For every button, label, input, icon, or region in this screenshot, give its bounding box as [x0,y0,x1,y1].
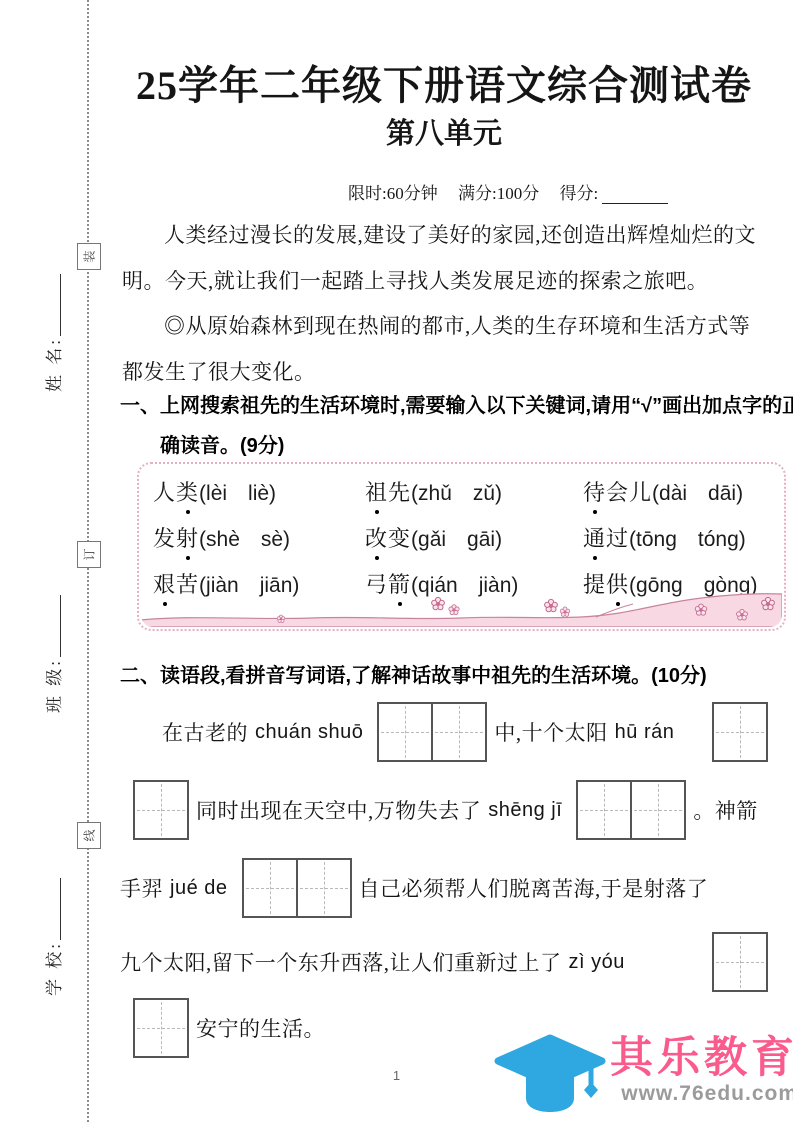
passage-text: 。神箭 [693,795,758,825]
pinyin-hint: hū rán [615,721,675,744]
word-dotted-char: 祖 [365,476,388,507]
unit-subtitle: 第八单元 [110,111,778,152]
pinyin-item-fashe: 发射 (shè sè) [153,522,365,559]
writing-grid-2cell[interactable] [377,702,487,762]
flower-meadow-decoration [141,591,782,627]
grid-cell[interactable] [379,704,431,760]
question2-heading: 二、读语段,看拼音写词语,了解神话故事中祖先的生活环境。(10分) [120,656,778,696]
passage-line-4: 九个太阳,留下一个东升西落,让人们重新过上了 zì yóu [120,932,770,992]
grid-cell[interactable] [296,860,350,916]
word-post: 变 [388,526,411,551]
writing-grid-1cell[interactable] [712,702,768,762]
word: 人类 [153,476,199,507]
class-blank-line[interactable] [43,595,61,657]
passage-text: 中,十个太阳 [494,717,607,747]
passage-text: 九个太阳,留下一个东升西落,让人们重新过上了 [120,947,562,977]
pinyin-item-daihuir: 待会儿 (dài dāi) [583,476,776,513]
word: 改变 [365,522,411,553]
word-post: 过 [606,526,629,551]
question1-heading: 一、上网搜索祖先的生活环境时,需要输入以下关键词,请用“√”画出加点字的正确读音… [120,386,793,466]
passage-text: 在古老的 [162,717,248,747]
student-school-field: 学 校: [39,804,65,996]
pinyin-options[interactable]: (gǎi gāi) [411,523,502,553]
school-blank-line[interactable] [43,878,61,940]
passage-text: 安宁的生活。 [196,1013,325,1043]
fold-mark-ding: 订 [77,541,101,568]
pinyin-options[interactable]: (lèi liè) [199,477,276,507]
test-paper-page: 装 订 线 姓 名: 班 级: 学 校: 25学年二年级下册语文综合测试卷 第八… [0,0,793,1122]
full-score: 满分:100分 [458,184,539,203]
word-post: 先 [388,480,411,505]
exam-meta-line: 限时:60分钟 满分:100分 得分: [348,179,668,204]
grid-cell[interactable] [578,782,630,838]
pinyin-item-zuxian: 祖先 (zhǔ zǔ) [365,476,583,513]
pinyin-options[interactable]: (dài dāi) [652,477,743,507]
pinyin-item-renlei: 人类 (lèi liè) [153,476,365,513]
passage-text: 手羿 [120,873,163,903]
fold-mark-label: 订 [80,548,97,560]
grid-cell[interactable] [714,934,766,990]
writing-grid-1cell[interactable] [133,998,189,1058]
brand-name: 其乐教育 [610,1034,793,1082]
writing-grid-1cell[interactable] [133,780,189,840]
page-title: 25学年二年级下册语文综合测试卷 [110,54,778,111]
intro-paragraph-1: 人类经过漫长的发展,建设了美好的家园,还创造出辉煌灿烂的文明。今天,就让我们一起… [122,212,770,304]
time-limit: 限时:60分钟 [348,184,438,203]
grid-cell[interactable] [630,782,684,838]
word-dotted-char: 射 [176,522,199,553]
passage-line-2: 同时出现在天空中,万物失去了 shēng jī 。神箭 [120,780,770,840]
word-dotted-char: 类 [176,476,199,507]
word-pre: 发 [153,526,176,551]
fold-mark-label: 线 [80,829,97,841]
pinyin-options-grid: 人类 (lèi liè) 祖先 (zhǔ zǔ) 待会儿 (dài dāi) 发… [153,476,776,605]
name-label: 姓 名: [40,337,65,392]
score-label: 得分: [559,184,598,203]
pinyin-hint: zì yóu [569,951,625,974]
writing-grid-2cell[interactable] [576,780,686,840]
brand-watermark: 其乐教育 www.76edu.com [494,1034,793,1120]
grid-cell[interactable] [714,704,766,760]
fold-mark-xian: 线 [77,822,101,849]
word-dotted-char: 通 [583,522,606,553]
brand-text-block: 其乐教育 www.76edu.com [610,1034,793,1106]
grid-cell[interactable] [431,704,485,760]
word-dotted-char: 改 [365,522,388,553]
writing-grid-2cell[interactable] [242,858,352,918]
question1-pinyin-box: 人类 (lèi liè) 祖先 (zhǔ zǔ) 待会儿 (dài dāi) 发… [137,462,786,631]
pinyin-options[interactable]: (tōng tóng) [629,523,746,553]
school-label: 学 校: [40,941,65,996]
meadow-illustration [141,591,782,627]
word: 通过 [583,522,629,553]
fold-mark-zhuang: 装 [77,243,101,270]
passage-line-1: 在古老的 chuán shuō 中,十个太阳 hū rán [120,702,770,762]
word-post: 会儿 [606,480,652,505]
grid-cell[interactable] [135,1000,187,1056]
pinyin-hint: chuán shuō [255,721,363,744]
pinyin-item-gaibian: 改变 (gǎi gāi) [365,522,583,559]
fold-mark-label: 装 [80,250,97,262]
class-label: 班 级: [40,658,65,713]
pinyin-item-tongguo: 通过 (tōng tóng) [583,522,776,559]
pinyin-options[interactable]: (zhǔ zǔ) [411,477,502,507]
writing-grid-1cell[interactable] [712,932,768,992]
word-dotted-char: 待 [583,476,606,507]
word: 祖先 [365,476,411,507]
graduation-cap-icon [494,1034,606,1120]
pinyin-hint: jué de [170,877,228,900]
pinyin-hint: shēng jī [488,799,562,822]
grid-cell[interactable] [135,782,187,838]
passage-text: 同时出现在天空中,万物失去了 [196,795,481,825]
pinyin-options[interactable]: (shè sè) [199,523,290,553]
score-blank-line[interactable] [602,186,668,204]
word: 待会儿 [583,476,652,507]
brand-url: www.76edu.com [621,1082,793,1106]
passage-line-3: 手羿 jué de 自己必须帮人们脱离苦海,于是射落了 [120,858,770,918]
student-class-field: 班 级: [39,521,65,713]
passage-text: 自己必须帮人们脱离苦海,于是射落了 [359,873,709,903]
word: 发射 [153,522,199,553]
name-blank-line[interactable] [43,274,61,336]
student-name-field: 姓 名: [39,200,65,392]
word-pre: 人 [153,480,176,505]
grid-cell[interactable] [244,860,296,916]
intro-paragraph-2: ◎从原始森林到现在热闹的都市,人类的生存环境和生活方式等都发生了很大变化。 [122,303,770,395]
